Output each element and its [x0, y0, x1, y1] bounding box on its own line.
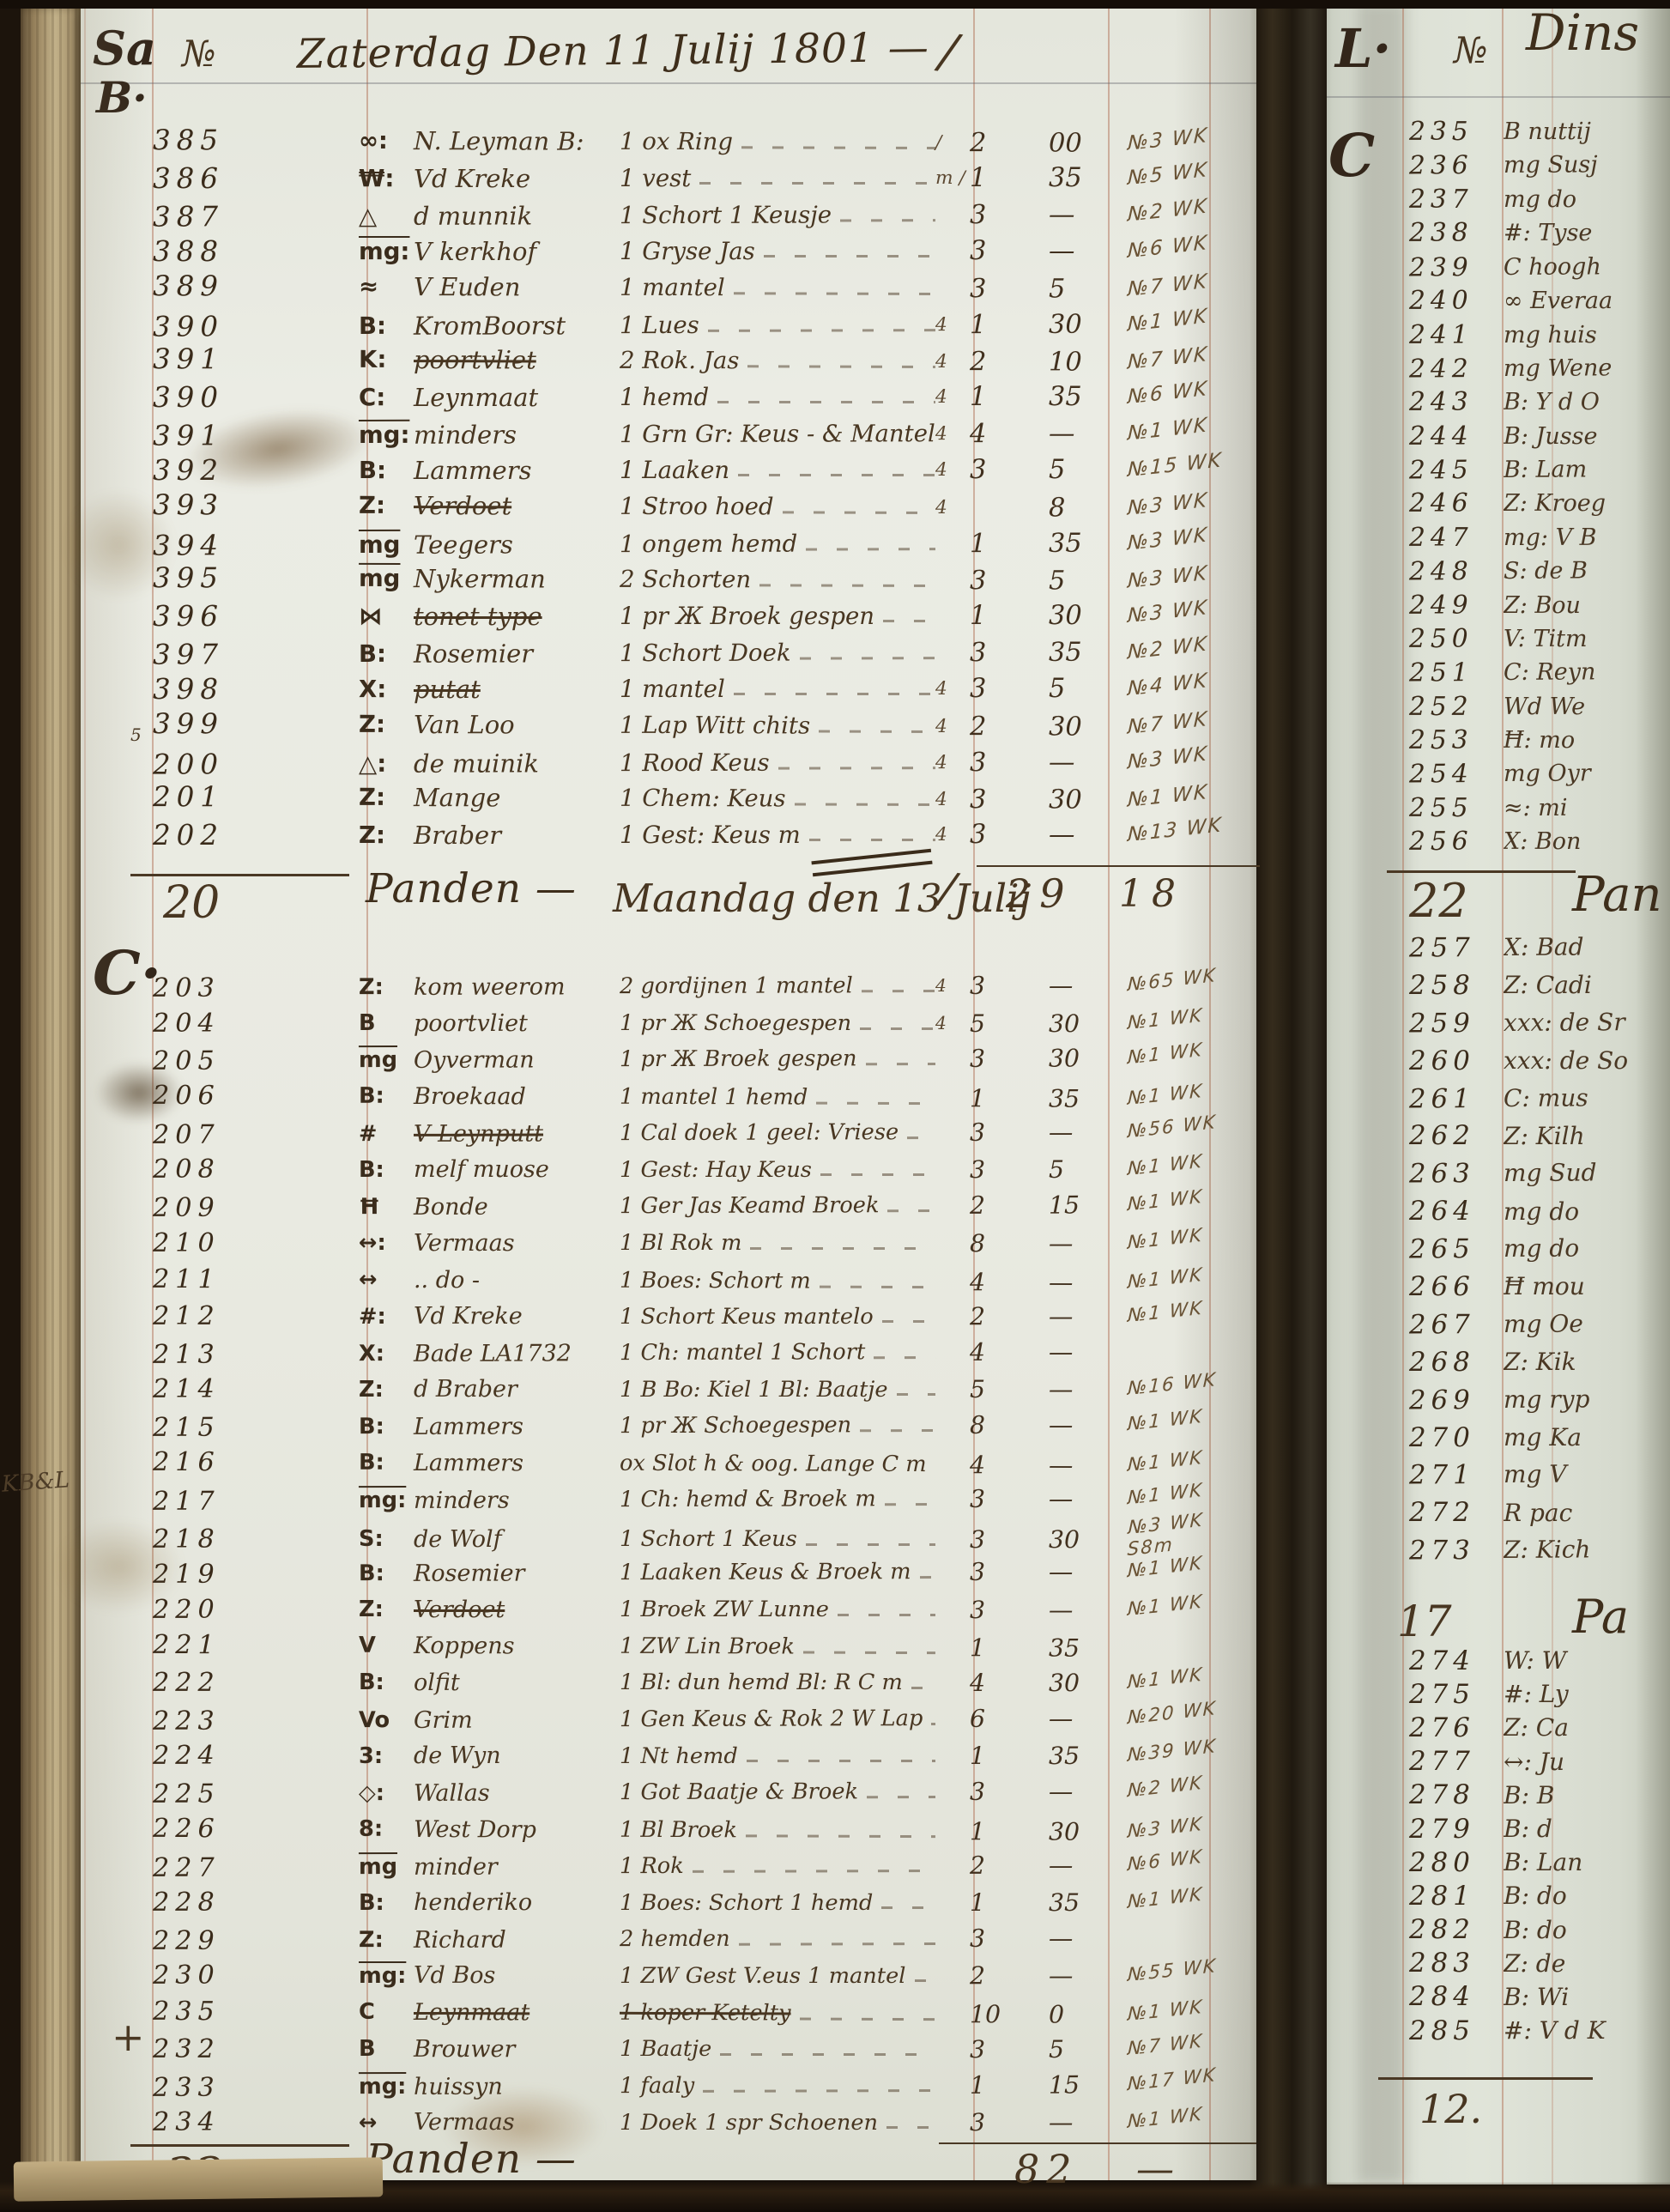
pawner-name-fragment: R pac [1504, 1499, 1670, 1527]
pawner-name: Verdoet [414, 1597, 620, 1623]
item-cell: 1 Boes: Schort 1 hemd [620, 1890, 935, 1916]
item-description: 1 Cal doek 1 geel: Vriese [620, 1119, 899, 1146]
pawner-name-fragment: Z: de [1504, 1949, 1670, 1978]
pawner-name: minders [414, 420, 620, 450]
panden-label: Pa [1572, 1590, 1629, 1644]
row-number: 273 [1409, 1535, 1504, 1567]
amount-guilders: 3 [970, 2035, 1049, 2064]
item-description: 1 Schort 1 Keusje [620, 202, 832, 230]
ledger-row: 250 V: Titm [1327, 622, 1670, 656]
amount-guilders: 3 [970, 1924, 1049, 1952]
row-number: 236 [1409, 151, 1504, 182]
row-number: 268 [1409, 1347, 1504, 1378]
ledger-row: 212 #: Vd Kreke 1 Schort Keus mantelo 2 … [81, 1298, 1256, 1335]
week-note: №3 WK [1127, 118, 1256, 155]
item-cell: 1 mantel 1 hemd [620, 1084, 935, 1111]
merchant-mark: mg: [359, 1488, 414, 1513]
item-cell: 1 Gest: Hay Keus [620, 1157, 935, 1183]
amount-guilders: 3 [970, 236, 1049, 266]
pawner-name-fragment: Z: Cadi [1504, 971, 1670, 999]
ledger-row: 203 Z: kom weerom 2 gordijnen 1 mantel 4… [81, 967, 1256, 1007]
row-number: 267 [1409, 1309, 1504, 1341]
pawner-name: West Dorp [414, 1816, 620, 1844]
amount-guilders: 1 [970, 2070, 1049, 2099]
merchant-mark: mg: [359, 2074, 414, 2100]
row-number: 392 [153, 454, 359, 487]
week-note: №1 WK [1128, 1991, 1256, 2026]
amount-guilders: 4 [970, 1451, 1049, 1479]
item-description: 1 Gryse Jas [620, 238, 755, 265]
item-description: 1 hemd [620, 384, 709, 411]
ledger-row: 280 B: Lan [1327, 1845, 1670, 1879]
item-description: 1 Laaken Keus & Broek m [620, 1559, 911, 1585]
ledger-row: 211 ↔ .. do - 1 Boes: Schort m 4 — №1 WK [81, 1260, 1256, 1300]
row-number: 234 [153, 2107, 359, 2137]
amount-stuivers: — [1049, 1557, 1128, 1585]
pawner-name: Lammers [414, 1450, 620, 1477]
item-cell: 1 Gryse Jas [620, 238, 935, 265]
pawner-name-fragment: mg Oyr [1504, 761, 1670, 788]
amount-stuivers: — [1049, 1924, 1128, 1952]
filler-dashes [860, 1429, 935, 1432]
ledger-row: 206 B: Broekaad 1 mantel 1 hemd 1 35 №1 … [81, 1077, 1256, 1118]
ledger-row: 395 mg Nykerman 2 Schorten 3 5 №3 WK [81, 560, 1256, 600]
pawner-name: Rosemier [414, 1560, 620, 1587]
pawner-name: huissyn [414, 2073, 620, 2100]
row-number: 227 [153, 1851, 359, 1882]
amount-stuivers: 30 [1049, 785, 1128, 815]
ledger-row: 268 Z: Kik [1327, 1343, 1670, 1381]
tally-mark: m / [935, 167, 970, 189]
ledger-row: 277 ↔: Ju [1327, 1745, 1670, 1779]
amount-stuivers: — [1049, 1337, 1128, 1366]
item-description: 1 Bl: dun hemd Bl: R C m [620, 1670, 903, 1695]
amount-stuivers: — [1049, 199, 1128, 229]
pawner-name-fragment: C hoogh [1504, 253, 1670, 281]
row-number: 263 [1409, 1158, 1504, 1190]
amount-stuivers: — [1049, 2108, 1128, 2136]
row-number: 247 [1409, 523, 1504, 553]
item-description: 1 pr Ж Schoegespen [620, 1413, 851, 1439]
item-cell: 1 Bl Rok m [620, 1230, 935, 1256]
item-cell: 2 gordijnen 1 mantel [620, 973, 935, 999]
ledger-row: 207 # V Leynputt 1 Cal doek 1 geel: Vrie… [81, 1113, 1256, 1154]
ledger-row: 213 X: Bade LA1732 1 Ch: mantel 1 Schort… [81, 1333, 1256, 1373]
row-number: 250 [1409, 624, 1504, 654]
amount-guilders: 2 [970, 347, 1049, 377]
amount-stuivers: 35 [1049, 1084, 1128, 1112]
pawner-name: Vd Bos [414, 1962, 620, 1989]
pawner-name-fragment: Z: Ca [1504, 1713, 1670, 1742]
pawner-name-fragment: B nuttij [1504, 118, 1670, 145]
row-number: 212 [153, 1301, 359, 1331]
book-gutter-shadow [1249, 0, 1332, 2212]
ledger-row: 209 Ħ Bonde 1 Ger Jas Keamd Broek 2 15 №… [81, 1186, 1256, 1227]
row-number: 272 [1409, 1497, 1504, 1528]
pawner-name: Mange [414, 783, 620, 813]
ledger-row: 225 ◇: Wallas 1 Got Baatje & Broek 3 — №… [81, 1773, 1256, 1813]
ledger-row: 391 K: poortvliet 2 Rok. Jas 4 2 10 №7 W… [81, 341, 1256, 381]
ledger-row: 227 mg minder 1 Rok 2 — №6 WK [81, 1845, 1256, 1886]
margin-cell [1327, 1476, 1409, 1476]
ledger-row: 220 Z: Verdoet 1 Broek ZW Lunne 3 — №1 W… [81, 1591, 1256, 1628]
item-cell: 1 ongem hemd [620, 530, 935, 558]
amount-stuivers: 30 [1049, 1009, 1128, 1038]
week-note: №3 WK [1127, 483, 1256, 519]
week-note: №1 WK [1128, 1219, 1256, 1254]
row-number: 245 [1409, 455, 1504, 486]
row-number: 264 [1409, 1196, 1504, 1227]
amount-stuivers: — [1049, 1302, 1128, 1330]
item-description: 1 Laaken [620, 457, 729, 484]
tally-mark: 4 [935, 789, 970, 810]
total-rule [977, 865, 1260, 867]
amount-guilders: 3 [970, 1778, 1049, 1806]
row-number: 242 [1409, 354, 1504, 385]
pawner-name-fragment: S: de B [1504, 557, 1670, 585]
merchant-mark: # [359, 1121, 414, 1147]
pawner-name: Richard [414, 1926, 620, 1954]
item-description: 1 Schort 1 Keus [620, 1526, 797, 1552]
row-number: 255 [1409, 793, 1504, 823]
amount-guilders: 10 [970, 2000, 1049, 2028]
row-number: 390 [153, 310, 359, 343]
amount-stuivers: 5 [1049, 1155, 1128, 1184]
ledger-row: 201 Z: Mange 1 Chem: Keus 4 3 30 №1 WK [81, 779, 1256, 819]
pawner-name: de Wyn [414, 1742, 620, 1769]
amount-guilders: 6 [970, 1704, 1049, 1732]
amount-stuivers: — [1049, 1229, 1128, 1258]
pawner-name: kom weerom [414, 973, 620, 1001]
merchant-mark: mg [359, 531, 414, 559]
ledger-row: 219 B: Rosemier 1 Laaken Keus & Broek m … [81, 1553, 1256, 1593]
pawner-name: putat [414, 675, 620, 704]
item-cell: 1 Schort Doek [620, 639, 935, 667]
amount-stuivers: — [1049, 1851, 1128, 1879]
item-description: 1 Ch: mantel 1 Schort [620, 1339, 865, 1366]
row-number: 275 [1409, 1679, 1504, 1710]
amount-guilders: 2 [970, 1191, 1049, 1220]
pawner-name: poortvliet [414, 1010, 620, 1037]
pawner-name-fragment: mg V [1504, 1460, 1670, 1489]
amount-guilders: 1 [970, 1084, 1049, 1112]
amount-guilders: 2 [970, 128, 1049, 158]
amount-stuivers: 15 [1049, 2070, 1128, 2099]
pawner-name-fragment: Z: Kilh [1504, 1122, 1670, 1150]
merchant-mark: #: [359, 1304, 414, 1330]
amount-guilders: 3 [970, 1484, 1049, 1512]
amount-stuivers: 35 [1049, 1634, 1128, 1663]
item-cell: 1 ZW Lin Broek [620, 1634, 935, 1661]
item-description: 1 Ger Jas Keamd Broek [620, 1193, 880, 1220]
amount-guilders: 8 [970, 1229, 1049, 1258]
ledger-row: 224 3: de Wyn 1 Nt hemd 1 35 №39 WK [81, 1737, 1256, 1774]
margin-cell [1327, 268, 1409, 269]
amount-guilders: 3 [970, 200, 1049, 230]
item-description: 1 Got Baatje & Broek [620, 1779, 858, 1806]
item-description: 1 Chem: Keus [620, 785, 786, 813]
row-number: 276 [1409, 1712, 1504, 1743]
amount-stuivers: 5 [1049, 274, 1128, 304]
row-number: 214 [153, 1374, 359, 1404]
ledger-row: 217 mg: minders 1 Ch: hemd & Broek m 3 —… [81, 1479, 1256, 1519]
merchant-mark: B: [359, 1561, 414, 1586]
merchant-mark: B: [359, 1415, 414, 1440]
ledger-row: 251 C: Reyn [1327, 655, 1670, 690]
margin-cell [1327, 572, 1409, 573]
tuesday-entries-b: 257 X: Bad 258 Z: Cadi 259 xxx: de Sr [1327, 929, 1670, 1569]
item-cell: 1 Boes: Schort m [620, 1268, 935, 1294]
ledger-row: 235 B nuttij [1327, 115, 1670, 148]
ledger-row: 386 ₩: Vd Kreke 1 vest m / 1 35 №5 WK [81, 161, 1256, 197]
row-number: 243 [1409, 387, 1504, 417]
amount-stuivers: 35 [1049, 1888, 1128, 1917]
row-number: 253 [1409, 725, 1504, 755]
filler-dashes [907, 1136, 935, 1139]
item-cell: 1 pr Ж Broek gespen [620, 1046, 935, 1073]
filler-dashes [820, 1173, 935, 1176]
week-note: №1 WK [1128, 999, 1256, 1034]
saturday-total-stuivers: 18 [1119, 872, 1184, 916]
ledger-row: 232 B Brouwer 1 Baatje 3 5 №7 WK [81, 2031, 1256, 2068]
item-description: 1 Lap Witt chits [620, 712, 810, 740]
pawner-name: Bade LA1732 [414, 1340, 620, 1367]
row-number: 391 [153, 342, 359, 376]
tally-mark: 4 [935, 459, 970, 481]
merchant-mark: Ħ [359, 1194, 414, 1220]
ledger-row: 237 mg do [1327, 183, 1670, 216]
filler-dashes [800, 657, 935, 659]
ledger-row: 390 C: Leynmaat 1 hemd 4 1 35 №6 WK [81, 379, 1256, 416]
ledger-row: 221 V Koppens 1 ZW Lin Broek 1 35 [81, 1627, 1256, 1667]
item-description: 1 koper Ketelty [620, 2000, 791, 2027]
merchant-mark: Z: [359, 1597, 414, 1622]
day-header-tuesday: Dins [1526, 3, 1639, 62]
row-number: 226 [153, 1814, 359, 1845]
item-cell: 1 Baatje [620, 2036, 935, 2062]
filler-dashes [750, 1247, 935, 1250]
item-cell: 1 faaly [620, 2072, 935, 2099]
pawner-name: .. do - [414, 1266, 620, 1294]
item-cell: 1 Gen Keus & Rok 2 W Lap [620, 1706, 935, 1732]
item-cell: 1 koper Ketelty [620, 2000, 935, 2027]
merchant-mark: B: [359, 1450, 414, 1476]
item-description: 1 ongem hemd [620, 530, 797, 558]
amount-guilders: 1 [970, 1633, 1049, 1662]
merchant-mark: Z: [359, 784, 414, 811]
ledger-row: 279 B: d [1327, 1812, 1670, 1845]
item-cell: 1 mantel [620, 274, 935, 302]
ledger-row: 394 mg Teegers 1 ongem hemd 1 35 №3 WK [81, 524, 1256, 564]
week-note: №7 WK [1127, 264, 1256, 300]
ledger-row: 282 B: do [1327, 1913, 1670, 1947]
item-description: 1 Nt hemd [620, 1743, 738, 1769]
amount-guilders: 1 [970, 528, 1049, 558]
item-cell: 1 Ch: mantel 1 Schort [620, 1339, 935, 1366]
filler-dashes [866, 1063, 936, 1065]
item-description: 1 ZW Gest V.eus 1 mantel [620, 1963, 906, 1989]
ledger-row: 256 X: Bon [1327, 825, 1670, 858]
amount-guilders: 3 [970, 747, 1049, 777]
row-number: 208 [153, 1154, 359, 1185]
pawner-name-fragment: X: Bon [1504, 828, 1670, 855]
merchant-mark: K: [359, 346, 414, 373]
number-column-header: № [1454, 29, 1488, 71]
margin-cell [1327, 1174, 1409, 1175]
merchant-mark: ◇: [359, 1780, 414, 1806]
filler-dashes [819, 730, 935, 732]
filler-dashes [738, 474, 935, 476]
tally-mark: 4 [935, 751, 970, 773]
margin-cell [1327, 1250, 1409, 1251]
amount-guilders: 4 [970, 1669, 1049, 1697]
item-description: 1 Gen Keus & Rok 2 W Lap [620, 1706, 923, 1732]
amount-guilders: 2 [970, 1961, 1049, 1990]
merchant-mark: C: [359, 384, 414, 411]
item-description: 1 Gest: Keus m [620, 821, 801, 849]
row-number: 235 [153, 1997, 359, 2027]
amount-stuivers: 5 [1049, 455, 1128, 485]
item-description: 2 gordijnen 1 mantel [620, 973, 853, 1000]
row-number: 271 [1409, 1459, 1504, 1491]
margin-cell [1327, 948, 1409, 948]
item-description: 1 mantel 1 hemd [620, 1084, 808, 1111]
item-cell: 1 Got Baatje & Broek [620, 1779, 935, 1805]
item-cell: 1 Ger Jas Keamd Broek [620, 1192, 935, 1219]
pawner-name: Nykerman [414, 564, 620, 594]
pawner-name: Vd Kreke [414, 1303, 620, 1330]
ledger-row: 262 Z: Kilh [1327, 1117, 1670, 1154]
ledger-row: 240 ∞ Everaa [1327, 284, 1670, 318]
ledger-row: 229 Z: Richard 2 hemden 3 — [81, 1919, 1256, 1960]
item-cell: 1 Doek 1 spr Schoenen [620, 2110, 935, 2136]
ledger-row: 235 C Leynmaat 1 koper Ketelty 10 0 №1 W… [81, 1993, 1256, 2033]
amount-stuivers: — [1049, 236, 1128, 266]
amount-guilders: 5 [970, 1375, 1049, 1403]
pawner-name: d Braber [414, 1376, 620, 1403]
row-number: 280 [1409, 1847, 1504, 1878]
row-number: 395 [153, 561, 359, 595]
tally-mark: 4 [935, 423, 970, 445]
pawner-name-fragment: W: W [1504, 1646, 1670, 1675]
row-number: 207 [153, 1119, 359, 1150]
row-number: 209 [153, 1192, 359, 1223]
week-note: №1 WK [1128, 1258, 1256, 1293]
pawner-name-fragment: Ħ: mo [1504, 727, 1670, 754]
row-number: 258 [1409, 970, 1504, 1001]
amount-guilders: 2 [970, 1302, 1049, 1330]
ledger-row: 202 Z: Braber 1 Gest: Keus m 4 3 — №13 W… [81, 817, 1256, 854]
item-cell: 1 pr Ж Schoegespen [620, 1413, 935, 1439]
row-number: 204 [153, 1009, 359, 1039]
filler-dashes [915, 1979, 936, 1982]
row-number: 388 [153, 235, 359, 268]
ledger-row: 223 Vo Grim 1 Gen Keus & Rok 2 W Lap 6 —… [81, 1700, 1256, 1740]
week-note: №1 WK [1128, 2098, 1256, 2133]
item-cell: 1 Lap Witt chits [620, 712, 935, 740]
pencil-line [1327, 96, 1670, 98]
merchant-mark: B [359, 1010, 414, 1036]
merchant-mark: Vo [359, 1707, 414, 1733]
amount-guilders: 3 [970, 455, 1049, 485]
ledger-row: 210 ↔: Vermaas 1 Bl Rok m 8 — №1 WK [81, 1225, 1256, 1262]
pawner-name-fragment: xxx: de So [1504, 1046, 1670, 1075]
row-number: 220 [153, 1595, 359, 1625]
filler-dashes [746, 1834, 935, 1838]
item-cell: 1 Bl: dun hemd Bl: R C m [620, 1670, 935, 1695]
merchant-mark: mg: [359, 1963, 414, 1989]
row-number: 217 [153, 1486, 359, 1517]
pawner-name-fragment: C: mus [1504, 1083, 1670, 1112]
merchant-mark: 3: [359, 1743, 414, 1769]
pawner-name-fragment: mg: V B [1504, 524, 1670, 551]
tally-mark: 4 [935, 1013, 970, 1033]
row-number: 251 [1409, 658, 1504, 688]
ledger-row: 253 Ħ: mo [1327, 724, 1670, 757]
week-note: №3 WK [1128, 1808, 1256, 1842]
week-note: №7 WK [1127, 337, 1256, 373]
item-description: 1 mantel [620, 676, 725, 703]
row-number: 274 [1409, 1645, 1504, 1676]
row-number: 385 [153, 124, 359, 157]
filler-dashes [693, 1869, 935, 1872]
amount-guilders: 3 [970, 1596, 1049, 1624]
amount-guilders: 3 [970, 1045, 1049, 1073]
pawner-name: V kerkhof [414, 237, 620, 266]
pawner-name-fragment: Z: Kik [1504, 1348, 1670, 1376]
ledger-row: 216 B: Lammers ox Slot h & oog. Lange C … [81, 1444, 1256, 1484]
merchant-mark: X: [359, 676, 414, 703]
amount-stuivers: 15 [1049, 1191, 1128, 1219]
filler-dashes [911, 1687, 935, 1689]
pawner-name-fragment: B: Wi [1504, 1983, 1670, 2011]
pawner-name-fragment: #: V d K [1504, 2016, 1670, 2045]
amount-guilders: 3 [970, 1557, 1049, 1585]
merchant-mark: Z: [359, 492, 414, 519]
amount-stuivers: 30 [1049, 309, 1128, 339]
ledger-row: 269 mg ryp [1327, 1380, 1670, 1420]
ledger-row: 260 xxx: de So [1327, 1042, 1670, 1080]
ledger-row: 255 ≈: mi [1327, 791, 1670, 825]
merchant-mark: 8: [359, 1816, 414, 1842]
ledger-row: 228 B: henderiko 1 Boes: Schort 1 hemd 1… [81, 1884, 1256, 1921]
pawner-name: d munnik [414, 201, 620, 231]
photo-top-edge [0, 0, 1670, 9]
pawner-name: melf muose [414, 1156, 620, 1183]
monday-entries: 203 Z: kom weerom 2 gordijnen 1 mantel 4… [81, 968, 1256, 2141]
amount-stuivers: — [1049, 1375, 1128, 1403]
amount-stuivers: — [1049, 1118, 1128, 1146]
merchant-mark: ∞: [359, 127, 414, 155]
ledger-row: 241 mg huis [1327, 318, 1670, 351]
amount-guilders: 5 [970, 1009, 1049, 1038]
item-description: 1 Rood Keus [620, 748, 770, 776]
row-number: 389 [153, 270, 359, 303]
item-cell: 1 hemd [620, 384, 935, 411]
item-cell: 1 Laaken [620, 457, 935, 484]
pawner-name-fragment: B: d [1504, 1815, 1670, 1843]
count-rule [130, 2144, 349, 2147]
filler-dashes [883, 620, 935, 622]
tally-mark: 4 [935, 313, 970, 335]
item-description: 1 Schort Doek [620, 639, 791, 668]
pawner-name-fragment: mg do [1504, 1197, 1670, 1226]
pawner-name-fragment: mg ryp [1504, 1385, 1670, 1414]
merchant-mark: mg: [359, 421, 414, 449]
page-stack-corner [14, 2157, 384, 2201]
pawner-name: Oyverman [414, 1046, 620, 1074]
row-number: 235 [1409, 117, 1504, 147]
